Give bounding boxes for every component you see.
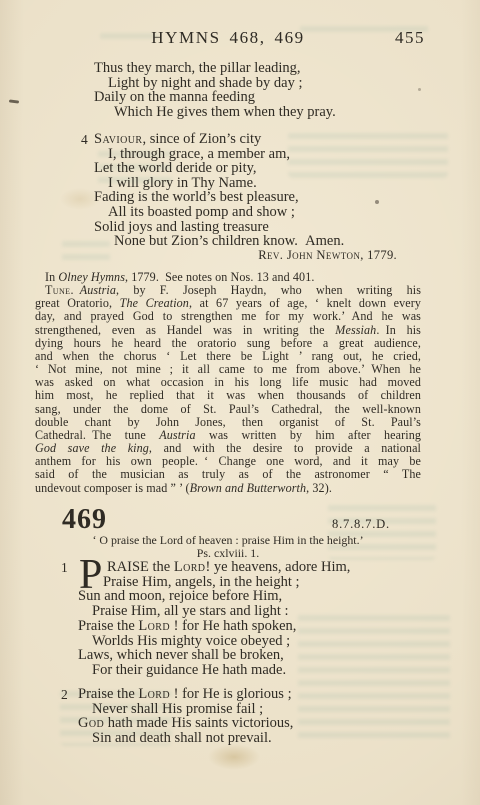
text-segment: hath made His saints victorious, (104, 715, 293, 731)
hymn-468-stanza-3: Thus they march, the pillar leading,Ligh… (94, 61, 336, 119)
text-segment: him most, he replied that it was when th… (35, 388, 421, 402)
verse-number: 2 (61, 688, 68, 703)
text-segment: None but Zion’s children know. Amen. (114, 233, 344, 249)
hymn-469-stanza-1-lines: RAISE the Lord! ye heavens, adore Him,Pr… (78, 560, 350, 678)
text-segment: Cathedral. The tune (35, 428, 159, 442)
text-segment: Laws, which never shall be broken, (78, 647, 284, 663)
stanza-line: I, through grace, a member am, (108, 147, 344, 162)
text-segment: All its boasted pomp and show ; (108, 204, 295, 220)
stanza-line: God hath made His saints victorious, (78, 716, 293, 731)
italic-text: Messiah (335, 323, 376, 337)
hymn-notes: In Olney Hymns, 1779. See notes on Nos. … (35, 271, 421, 495)
small-caps-text: God (78, 715, 104, 731)
text-segment: Praise the (78, 686, 138, 702)
text-segment: strengthened, even as Handel was in writ… (35, 323, 335, 337)
small-caps-text: Tune (45, 283, 70, 297)
text-segment: day, and prayed God to strengthen me for… (35, 309, 421, 323)
text-segment: , since of Zion’s city (142, 131, 261, 147)
text-segment: was asked on what occasion in his long l… (35, 375, 421, 389)
text-segment: sang, under the dome of St. Paul’s Cathe… (35, 402, 421, 416)
running-head-title: HYMNS 468, 469 (35, 28, 421, 48)
stanza-line: Thus they march, the pillar leading, (94, 61, 336, 76)
text-segment: Thus they march, the pillar leading, (94, 60, 301, 76)
author-attribution: Rev. John Newton, 1779. (35, 248, 397, 263)
italic-text: Olney Hymns (58, 270, 125, 284)
text-segment: . In his (376, 323, 421, 337)
hymn-469-number: 469 (62, 505, 107, 535)
hymn-469-meter: 8.7.8.7.D. (332, 517, 390, 532)
italic-text: Austria (80, 283, 116, 297)
text-segment: double chant by John Jones, then organis… (35, 415, 421, 429)
stanza-line: Never shall His promise fail ; (92, 702, 293, 717)
stanza-line: For their guidance He hath made. (92, 663, 350, 678)
stanza-line: Sin and death shall not prevail. (92, 731, 293, 746)
stanza-line: Fading is the world’s best pleasure, (94, 190, 344, 205)
italic-text: The Creation (120, 296, 189, 310)
text-segment: and when the chorus ‘ Let there be Light… (35, 349, 421, 363)
text-segment: anthem for his own people. ‘ Change one … (35, 454, 421, 468)
stanza-line: Worlds His mighty voice obeyed ; (92, 634, 350, 649)
text-segment: Let the world deride or pity, (94, 160, 257, 176)
text-segment: Never shall His promise fail ; (92, 701, 263, 717)
text-segment: ‘ Not mine, not mine ; it all came to me… (35, 362, 421, 376)
text-segment: I will glory in Thy Name. (108, 175, 257, 191)
hymn-469-stanza-2-lines: Praise the Lord ! for He is glorious ;Ne… (78, 687, 293, 745)
stanza-line: Let the world deride or pity, (94, 161, 344, 176)
text-segment: Praise Him, angels, in the height ; (103, 574, 300, 590)
stanza-line: Which He gives them when they pray. (114, 105, 336, 120)
text-segment: RAISE the (107, 559, 174, 575)
stanza-line: None but Zion’s children know. Amen. (114, 234, 344, 249)
hymnal-page: HYMNS 468, 469 455 Thus they march, the … (0, 0, 480, 805)
drop-cap-letter: P (79, 561, 102, 590)
paper-stain (208, 744, 260, 770)
text-segment: , 32). (306, 481, 332, 495)
hymn-468-stanza-4: 4 Saviour, since of Zion’s cityI, throug… (94, 132, 344, 249)
ink-speck (375, 200, 379, 204)
text-segment: ! ye heavens, adore Him, (205, 559, 350, 575)
stanza-line: All its boasted pomp and show ; (108, 205, 344, 220)
text-segment: Which He gives them when they pray. (114, 104, 336, 120)
small-caps-text: Rev. John Newton (258, 248, 360, 262)
text-segment: , 1779. (360, 248, 397, 262)
stanza-line: I will glory in Thy Name. (108, 176, 344, 191)
hymn-468-stanza-4-lines: Saviour, since of Zion’s cityI, through … (94, 132, 344, 249)
text-segment: I, through grace, a member am, (108, 146, 290, 162)
text-segment: , and with the desire to provide a natio… (149, 441, 421, 455)
italic-text: Brown and Butterworth (190, 481, 307, 495)
ink-speck (418, 88, 421, 91)
notes-paragraph-tune: Tune. Austria, by F. Joseph Haydn, who w… (35, 284, 421, 495)
text-segment: In (45, 270, 58, 284)
stanza-line: Praise Him, all ye stars and light : (92, 604, 350, 619)
hymn-469-stanza-2: 2 Praise the Lord ! for He is glorious ;… (78, 687, 293, 745)
text-segment: great Oratorio, (35, 296, 120, 310)
text-segment: undevout composer is mad ” ’ ( (35, 481, 190, 495)
text-segment: dying hours he heard the oratorio sung b… (35, 336, 421, 350)
small-caps-text: Lord (138, 686, 170, 702)
text-segment: ! for He is glorious ; (170, 686, 292, 702)
prose-line: undevout composer is mad ” ’ (Brown and … (35, 482, 421, 495)
stanza-line: Praise Him, angels, in the height ; (103, 575, 350, 590)
text-segment: For their guidance He hath made. (92, 662, 286, 678)
stanza-line: Laws, which never shall be broken, (78, 648, 350, 663)
text-segment: Praise Him, all ye stars and light : (92, 603, 289, 619)
text-segment: Fading is the world’s best pleasure, (94, 189, 299, 205)
stanza-line: RAISE the Lord! ye heavens, adore Him, (107, 560, 350, 575)
ink-speck (9, 99, 19, 103)
italic-text: God save the king (35, 441, 149, 455)
stanza-line: Praise the Lord ! for He hath spoken, (78, 619, 350, 634)
italic-text: Austria (159, 428, 195, 442)
text-segment: , 1779. See notes on Nos. 13 and 401. (125, 270, 314, 284)
stanza-line: Sun and moon, rejoice before Him, (78, 589, 350, 604)
stanza-line: Saviour, since of Zion’s city (94, 132, 344, 147)
verse-number: 1 (61, 561, 68, 576)
page-number: 455 (395, 28, 425, 48)
text-segment: said of the musician as truly as of the … (35, 467, 421, 481)
text-segment: , at 67 years of age, ‘ knelt down every (189, 296, 421, 310)
small-caps-text: Lord (174, 559, 206, 575)
hymn-469-stanza-1: 1 P RAISE the Lord! ye heavens, adore Hi… (78, 560, 350, 678)
text-segment: Worlds His mighty voice obeyed ; (92, 633, 290, 649)
stanza-line: Daily on the manna feeding (94, 90, 336, 105)
stanza-line: Solid joys and lasting treasure (94, 220, 344, 235)
text-segment: Sin and death shall not prevail. (92, 730, 272, 746)
small-caps-text: Saviour (94, 131, 142, 147)
text-segment: Sun and moon, rejoice before Him, (78, 588, 282, 604)
stanza-line: Light by night and shade by day ; (108, 76, 336, 91)
text-segment: Daily on the manna feeding (94, 89, 255, 105)
text-segment: ! for He hath spoken, (170, 618, 296, 634)
verse-number: 4 (81, 133, 88, 148)
text-segment: Solid joys and lasting treasure (94, 219, 269, 235)
small-caps-text: Lord (138, 618, 170, 634)
text-segment: Light by night and shade by day ; (108, 75, 303, 91)
text-segment: , by F. Joseph Haydn, who when writing h… (116, 283, 421, 297)
stanza-line: Praise the Lord ! for He is glorious ; (78, 687, 293, 702)
text-segment: was written by him after hearing (196, 428, 421, 442)
text-segment: Praise the (78, 618, 138, 634)
text-segment: . (70, 283, 79, 297)
